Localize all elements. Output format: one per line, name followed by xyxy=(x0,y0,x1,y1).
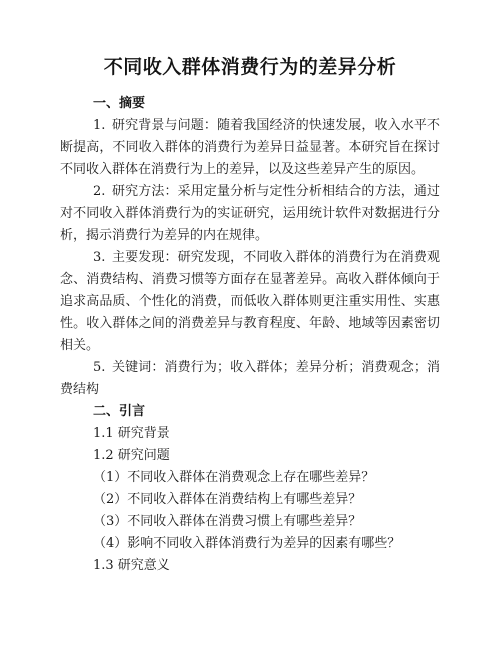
outline-item-research-questions: 1.2 研究问题 xyxy=(60,445,440,467)
introduction-heading: 二、引言 xyxy=(60,401,440,423)
document-title: 不同收入群体消费行为的差异分析 xyxy=(60,50,440,84)
outline-question-3: （3）不同收入群体在消费习惯上有哪些差异？ xyxy=(60,511,440,533)
outline-item-research-background: 1.1 研究背景 xyxy=(60,423,440,445)
abstract-paragraph-background: 1. 研究背景与问题：随着我国经济的快速发展，收入水平不断提高，不同收入群体的消… xyxy=(60,115,440,181)
outline-question-4: （4）影响不同收入群体消费行为差异的因素有哪些？ xyxy=(60,533,440,555)
abstract-heading: 一、摘要 xyxy=(60,93,440,115)
outline-question-2: （2）不同收入群体在消费结构上有哪些差异？ xyxy=(60,489,440,511)
outline-item-research-significance: 1.3 研究意义 xyxy=(60,555,440,577)
document-page: 不同收入群体消费行为的差异分析 一、摘要 1. 研究背景与问题：随着我国经济的快… xyxy=(0,0,500,647)
abstract-paragraph-findings: 3. 主要发现：研究发现，不同收入群体的消费行为在消费观念、消费结构、消费习惯等… xyxy=(60,247,440,357)
abstract-paragraph-method: 2. 研究方法：采用定量分析与定性分析相结合的方法，通过对不同收入群体消费行为的… xyxy=(60,181,440,247)
outline-question-1: （1）不同收入群体在消费观念上存在哪些差异？ xyxy=(60,467,440,489)
abstract-paragraph-keywords: 5. 关键词：消费行为；收入群体；差异分析；消费观念；消费结构 xyxy=(60,357,440,401)
